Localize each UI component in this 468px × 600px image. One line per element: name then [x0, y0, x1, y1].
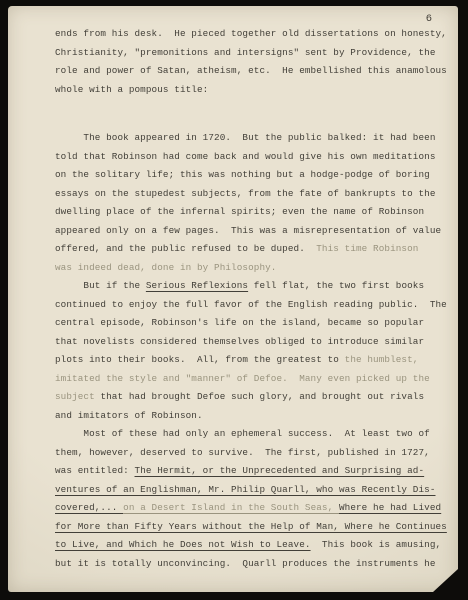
text-line: essays on the stupedest subjects, from t…: [55, 185, 450, 204]
text-segment: that novelists considered themselves obl…: [55, 336, 424, 347]
underlined-text-segment: for More than Fifty Years without the He…: [55, 521, 447, 532]
paragraph: Most of these had only an ephemeral succ…: [55, 425, 450, 573]
text-segment: them, however, deserved to survive. The …: [55, 447, 430, 458]
text-segment: on the solitary life; this was nothing b…: [55, 169, 430, 180]
text-segment: Christianity, "premonitions and intersig…: [55, 47, 436, 58]
text-segment: whole with a pompous title:: [55, 84, 208, 95]
text-line: for More than Fifty Years without the He…: [55, 518, 450, 537]
paragraph: But if the Serious Reflexions fell flat,…: [55, 277, 450, 425]
text-line: Christianity, "premonitions and intersig…: [55, 44, 450, 63]
text-segment: This time Robinson: [316, 243, 418, 254]
text-line: them, however, deserved to survive. The …: [55, 444, 450, 463]
text-segment: dwelling place of the infernal spirits; …: [55, 206, 424, 217]
text-line: to Live, and Which he Does not Wish to L…: [55, 536, 450, 555]
text-segment: told that Robinson had come back and wou…: [55, 151, 436, 162]
text-line: subject that had brought Defoe such glor…: [55, 388, 450, 407]
text-segment: fell flat, the two first books: [248, 280, 424, 291]
photo-backdrop: 6 ends from his desk. He pieced together…: [0, 0, 468, 600]
text-line: The book appeared in 1720. But the publi…: [55, 129, 450, 148]
text-line: role and power of Satan, atheism, etc. H…: [55, 62, 450, 81]
underlined-text-segment: ventures of an Englishman, Mr. Philip Qu…: [55, 484, 436, 495]
text-line: plots into their books. All, from the gr…: [55, 351, 450, 370]
underlined-text-segment: covered,...: [55, 502, 123, 513]
text-line: appeared only on a few pages. This was a…: [55, 222, 450, 241]
text-line: ends from his desk. He pieced together o…: [55, 25, 450, 44]
text-segment: essays on the stupedest subjects, from t…: [55, 188, 436, 199]
paragraph: ends from his desk. He pieced together o…: [55, 25, 450, 99]
text-line: whole with a pompous title:: [55, 81, 450, 100]
text-line: told that Robinson had come back and wou…: [55, 148, 450, 167]
text-line: Most of these had only an ephemeral succ…: [55, 425, 450, 444]
text-segment: The book appeared in 1720. But the publi…: [55, 132, 436, 143]
text-segment: ends from his desk. He pieced together o…: [55, 28, 447, 39]
underlined-text-segment: to Live, and Which he Does not Wish to L…: [55, 539, 311, 550]
text-line: continued to enjoy the full favor of the…: [55, 296, 450, 315]
text-segment: and imitators of Robinson.: [55, 410, 203, 421]
text-line: on the solitary life; this was nothing b…: [55, 166, 450, 185]
typewritten-page: 6 ends from his desk. He pieced together…: [8, 6, 458, 592]
text-segment: but it is totally unconvincing. Quarll p…: [55, 558, 436, 569]
text-line: but it is totally unconvincing. Quarll p…: [55, 555, 450, 574]
underlined-text-segment: Where he had Lived: [339, 502, 441, 513]
underlined-text-segment: The Hermit, or the Unprecedented and Sur…: [135, 465, 425, 476]
text-segment: was indeed dead, done in by Philosophy.: [55, 262, 276, 273]
underlined-text-segment: on a Desert Island in the South Seas,: [123, 502, 339, 513]
text-line: offered, and the public refused to be du…: [55, 240, 450, 259]
text-segment: central episode, Robinson's life on the …: [55, 317, 424, 328]
underlined-text-segment: Serious Reflexions: [146, 280, 248, 291]
text-line: ventures of an Englishman, Mr. Philip Qu…: [55, 481, 450, 500]
text-segment: But if the: [55, 280, 146, 291]
text-line: was indeed dead, done in by Philosophy.: [55, 259, 450, 278]
text-line: dwelling place of the infernal spirits; …: [55, 203, 450, 222]
text-segment: Most of these had only an ephemeral succ…: [55, 428, 430, 439]
text-line: was entitled: The Hermit, or the Unprece…: [55, 462, 450, 481]
paragraph: The book appeared in 1720. But the publi…: [55, 129, 450, 277]
text-segment: imitated the style and "manner" of Defoe…: [55, 373, 430, 384]
text-line: central episode, Robinson's life on the …: [55, 314, 450, 333]
text-line: imitated the style and "manner" of Defoe…: [55, 370, 450, 389]
text-line: that novelists considered themselves obl…: [55, 333, 450, 352]
text-line: and imitators of Robinson.: [55, 407, 450, 426]
text-segment: This book is amusing,: [311, 539, 442, 550]
text-segment: subject: [55, 391, 95, 402]
text-segment: plots into their books. All, from the gr…: [55, 354, 345, 365]
text-line: covered,... on a Desert Island in the So…: [55, 499, 450, 518]
text-segment: offered, and the public refused to be du…: [55, 243, 316, 254]
text-segment: was entitled:: [55, 465, 135, 476]
text-segment: continued to enjoy the full favor of the…: [55, 299, 447, 310]
text-segment: the humblest,: [345, 354, 419, 365]
text-line: But if the Serious Reflexions fell flat,…: [55, 277, 450, 296]
text-segment: appeared only on a few pages. This was a…: [55, 225, 441, 236]
text-segment: that had brought Defoe such glory, and b…: [95, 391, 424, 402]
text-block: ends from his desk. He pieced together o…: [55, 25, 450, 573]
text-segment: role and power of Satan, atheism, etc. H…: [55, 65, 447, 76]
